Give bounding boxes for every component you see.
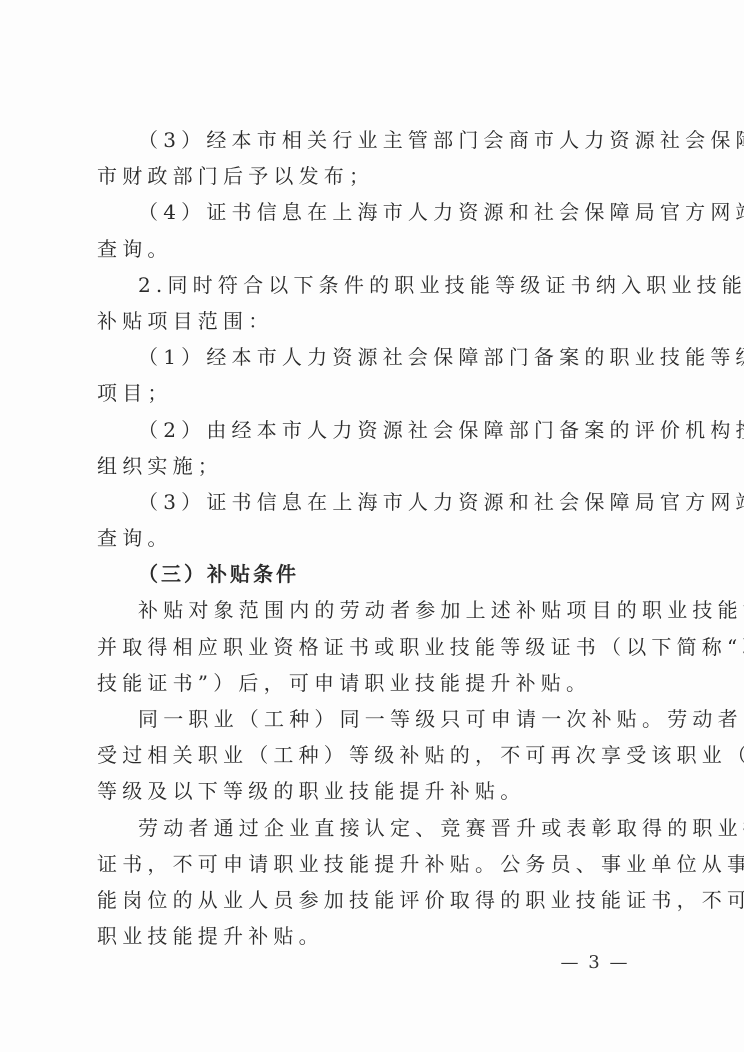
- text-line: （1）经本市人力资源社会保障部门备案的职业技能等级认定: [97, 339, 657, 375]
- text-line: 技能证书”）后，可申请职业技能提升补贴。: [97, 665, 657, 701]
- text-line: （3）证书信息在上海市人力资源和社会保障局官方网站中可: [97, 484, 657, 520]
- text-line: 补贴项目范围：: [97, 303, 657, 339]
- text-line: 能岗位的从业人员参加技能评价取得的职业技能证书，不可申请: [97, 882, 657, 918]
- text-line: 查询。: [97, 520, 657, 556]
- text-line: （4）证书信息在上海市人力资源和社会保障局官方网站中可: [97, 194, 657, 230]
- text-line: 职业技能提升补贴。: [97, 918, 657, 954]
- text-line: 受过相关职业（工种）等级补贴的，不可再次享受该职业（工种）: [97, 737, 657, 773]
- page-number: — 3 —: [560, 952, 630, 973]
- text-line: 市财政部门后予以发布；: [97, 158, 657, 194]
- text-line: 查询。: [97, 231, 657, 267]
- text-line: 并取得相应职业资格证书或职业技能等级证书（以下简称“职业: [97, 629, 657, 665]
- text-line: 同一职业（工种）同一等级只可申请一次补贴。劳动者已享: [97, 701, 657, 737]
- document-page: （3）经本市相关行业主管部门会商市人力资源社会保障部门、 市财政部门后予以发布；…: [0, 0, 744, 1052]
- text-line: 证书，不可申请职业技能提升补贴。公务员、事业单位从事非技: [97, 846, 657, 882]
- text-line: （2）由经本市人力资源社会保障部门备案的评价机构按规定: [97, 412, 657, 448]
- document-body: （3）经本市相关行业主管部门会商市人力资源社会保障部门、 市财政部门后予以发布；…: [97, 122, 657, 954]
- section-heading: （三）补贴条件: [97, 556, 657, 592]
- text-line: 等级及以下等级的职业技能提升补贴。: [97, 773, 657, 809]
- text-line: （3）经本市相关行业主管部门会商市人力资源社会保障部门、: [97, 122, 657, 158]
- text-line: 2.同时符合以下条件的职业技能等级证书纳入职业技能提升: [97, 267, 657, 303]
- text-line: 劳动者通过企业直接认定、竞赛晋升或表彰取得的职业技能: [97, 810, 657, 846]
- text-line: 项目；: [97, 375, 657, 411]
- text-line: 补贴对象范围内的劳动者参加上述补贴项目的职业技能评价，: [97, 592, 657, 628]
- text-line: 组织实施；: [97, 448, 657, 484]
